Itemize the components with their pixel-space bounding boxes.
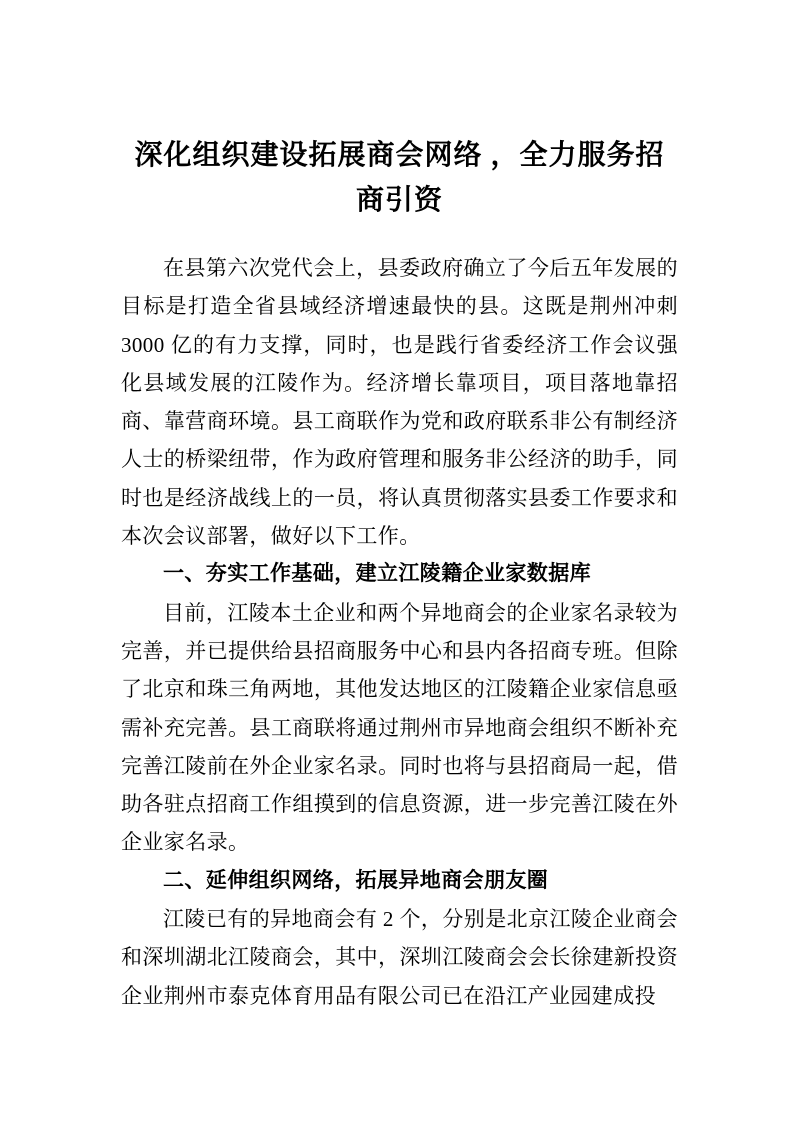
document-page: 深化组织建设拓展商会网络 ，全力服务招商引资 在县第六次党代会上，县委政府确立了… (0, 0, 793, 1122)
paragraph-section-1: 目前，江陵本土企业和两个异地商会的企业家名录较为完善，并已提供给县招商服务中心和… (121, 594, 678, 862)
paragraph-intro: 在县第六次党代会上，县委政府确立了今后五年发展的目标是打造全省县域经济增速最快的… (121, 249, 678, 555)
paragraph-section-2: 江陵已有的异地商会有 2 个，分别是北京江陵企业商会和深圳湖北江陵商会，其中，深… (121, 900, 678, 1015)
section-heading-1: 一、夯实工作基础，建立江陵籍企业家数据库 (121, 555, 678, 593)
document-title: 深化组织建设拓展商会网络 ，全力服务招商引资 (121, 133, 678, 223)
section-heading-2: 二、延伸组织网络，拓展异地商会朋友圈 (121, 862, 678, 900)
document-body: 在县第六次党代会上，县委政府确立了今后五年发展的目标是打造全省县域经济增速最快的… (121, 249, 678, 1015)
document-content: 深化组织建设拓展商会网络 ，全力服务招商引资 在县第六次党代会上，县委政府确立了… (121, 0, 678, 1015)
